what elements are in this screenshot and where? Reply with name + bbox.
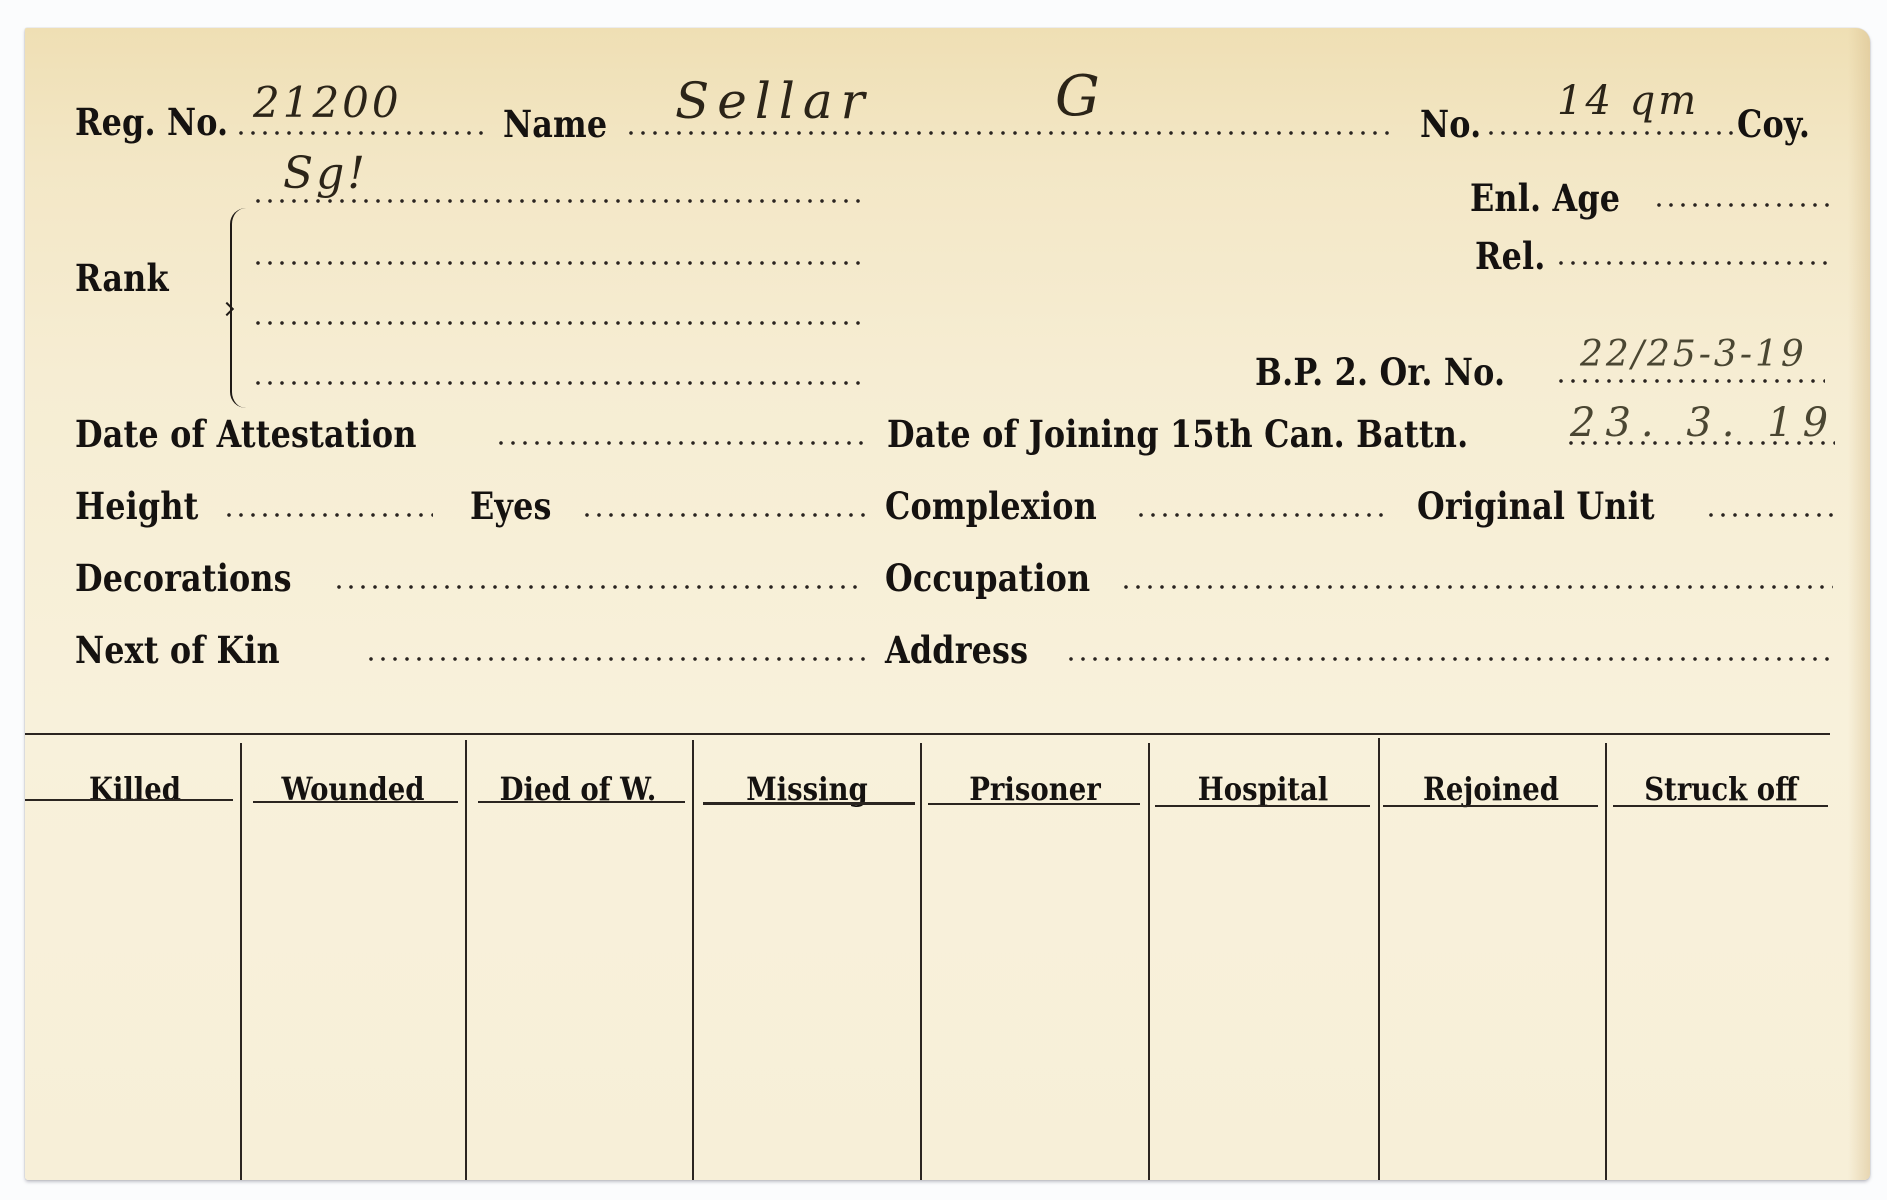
next-of-kin-label: Next of Kin [75,628,280,672]
company-value[interactable]: 14 qm [1557,78,1699,124]
complexion-label: Complexion [885,484,1097,528]
company-no-label: No. [1420,102,1481,146]
name-initial-value[interactable]: G [1055,64,1103,129]
height-dotted-line [223,512,433,518]
rank-line-3 [252,320,864,326]
name-surname-value[interactable]: Sellar [675,72,873,130]
eyes-label: Eyes [470,484,552,528]
rank-line-4 [252,380,864,386]
column-header-killed: Killed [40,770,229,808]
header-underline-struck-off [1613,805,1828,807]
rank-label: Rank [75,256,169,300]
date-of-attestation-dotted-line [495,440,865,446]
next-of-kin-dotted-line [365,656,865,662]
column-header-struck-off: Struck off [1626,770,1815,808]
name-label: Name [503,102,607,146]
table-top-rule [25,733,1830,735]
original-unit-label: Original Unit [1417,484,1655,528]
rank-brace [230,208,246,408]
date-of-joining-value[interactable]: 23. 3. 19 [1570,400,1838,446]
header-underline-missing [703,802,915,805]
header-underline-hospital [1155,805,1370,807]
name-dotted-line [625,130,1395,136]
header-underline-prisoner [928,803,1140,805]
header-underline-died-of-wounds [478,801,685,803]
column-header-rejoined: Rejoined [1396,770,1585,808]
decorations-label: Decorations [75,556,292,600]
rank-line-1-value[interactable]: Sg! [283,148,368,199]
table-body-empty [25,818,1830,1180]
rel-label: Rel. [1475,234,1546,278]
rank-line-2 [252,260,864,266]
coy-label: Coy. [1737,102,1810,146]
header-underline-rejoined [1383,805,1598,807]
date-of-joining-label: Date of Joining 15th Can. Battn. [887,412,1468,456]
eyes-dotted-line [581,512,865,518]
enl-age-dotted-line [1653,202,1831,208]
bp2-value[interactable]: 22/25-3-19 [1580,334,1807,375]
occupation-label: Occupation [885,556,1090,600]
reg-no-label: Reg. No. [75,100,228,144]
complexion-dotted-line [1135,512,1390,518]
original-unit-dotted-line [1705,512,1833,518]
address-dotted-line [1065,656,1833,662]
address-label: Address [885,628,1028,672]
reg-no-value[interactable]: 21200 [253,78,402,127]
rel-dotted-line [1555,260,1831,266]
casualty-record-card: Reg. No. 21200 Name Sellar G No. 14 qm C… [25,28,1870,1180]
header-underline-killed [25,799,233,801]
company-dotted-line [1485,130,1735,136]
date-of-attestation-label: Date of Attestation [75,412,417,456]
occupation-dotted-line [1120,584,1833,590]
height-label: Height [75,484,199,528]
reg-no-dotted-line [235,130,485,136]
decorations-dotted-line [333,584,865,590]
header-underline-wounded [253,801,458,803]
bp2-dotted-line [1555,378,1825,384]
bp2-label: B.P. 2. Or. No. [1255,350,1505,394]
enl-age-label: Enl. Age [1470,176,1620,220]
column-header-hospital: Hospital [1168,770,1357,808]
